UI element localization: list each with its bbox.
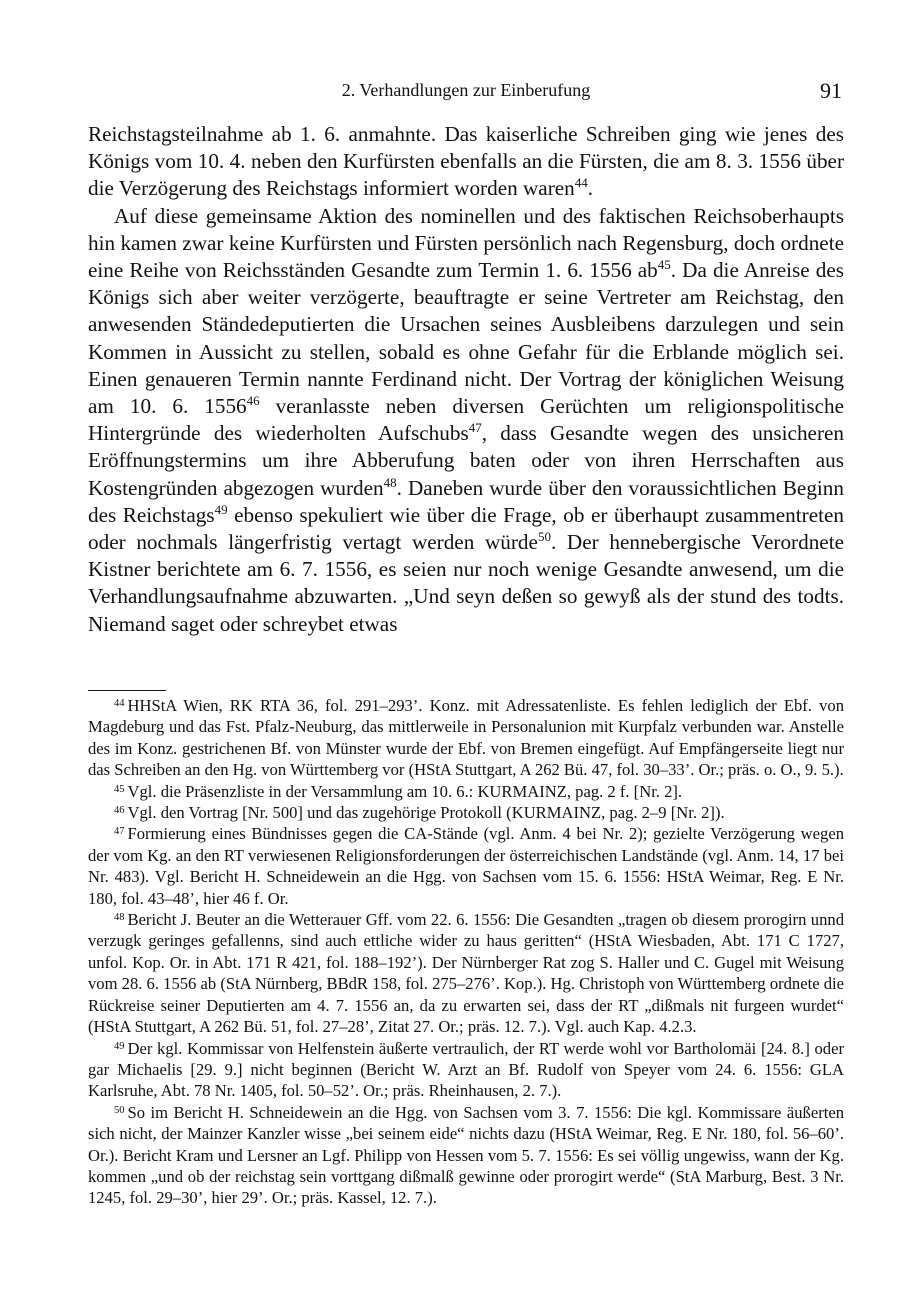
- footnote-ref-44[interactable]: 44: [575, 175, 588, 190]
- footnote-46: 46Vgl. den Vortrag [Nr. 500] und das zug…: [88, 802, 844, 823]
- footnote-ref-47[interactable]: 47: [469, 420, 482, 435]
- footnote-text: Vgl. die Präsenzliste in der Versammlung…: [128, 782, 683, 801]
- footnotes: 44HHStA Wien, RK RTA 36, fol. 291–293’. …: [88, 695, 844, 1209]
- footnote-number: 44: [114, 698, 125, 709]
- footnote-text: Formierung eines Bündnisses gegen die CA…: [88, 824, 844, 907]
- paragraph-2: Auf diese gemeinsame Aktion des nominell…: [88, 203, 844, 638]
- footnote-text: HHStA Wien, RK RTA 36, fol. 291–293’. Ko…: [88, 696, 844, 779]
- text-segment: .: [588, 176, 593, 200]
- paragraph-1: Reichstagsteilnahme ab 1. 6. anmahnte. D…: [88, 121, 844, 203]
- page-number: 91: [820, 78, 842, 104]
- footnote-45: 45Vgl. die Präsenzliste in der Versammlu…: [88, 781, 844, 802]
- footnote-number: 45: [114, 784, 125, 795]
- footnote-44: 44HHStA Wien, RK RTA 36, fol. 291–293’. …: [88, 695, 844, 781]
- footnote-number: 48: [114, 912, 125, 923]
- footnote-text: Bericht J. Beuter an die Wetterauer Gff.…: [88, 910, 844, 1036]
- footnote-text: Der kgl. Kommissar von Helfenstein äußer…: [88, 1039, 844, 1101]
- footnote-48: 48Bericht J. Beuter an die Wetterauer Gf…: [88, 909, 844, 1037]
- footnote-ref-48[interactable]: 48: [384, 475, 397, 490]
- main-text: Reichstagsteilnahme ab 1. 6. anmahnte. D…: [88, 121, 844, 638]
- footnote-ref-49[interactable]: 49: [215, 502, 228, 517]
- running-title: 2. Verhandlungen zur Einberufung: [88, 80, 844, 101]
- footnote-number: 49: [114, 1041, 125, 1052]
- footnote-text: Vgl. den Vortrag [Nr. 500] und das zugeh…: [128, 803, 725, 822]
- running-head: 2. Verhandlungen zur Einberufung 91: [88, 80, 844, 104]
- footnote-number: 50: [114, 1105, 125, 1116]
- footnote-50: 50So im Bericht H. Schneidewein an die H…: [88, 1102, 844, 1209]
- footnote-number: 47: [114, 826, 125, 837]
- footnote-number: 46: [114, 805, 125, 816]
- footnote-ref-45[interactable]: 45: [658, 257, 671, 272]
- footnote-text: So im Bericht H. Schneidewein an die Hgg…: [88, 1103, 844, 1208]
- text-segment: Reichstagsteilnahme ab 1. 6. anmahnte. D…: [88, 122, 844, 200]
- footnote-divider: [88, 690, 166, 691]
- footnote-47: 47Formierung eines Bündnisses gegen die …: [88, 823, 844, 909]
- footnote-ref-50[interactable]: 50: [538, 529, 551, 544]
- footnote-ref-46[interactable]: 46: [247, 393, 260, 408]
- footnote-49: 49Der kgl. Kommissar von Helfenstein äuß…: [88, 1038, 844, 1102]
